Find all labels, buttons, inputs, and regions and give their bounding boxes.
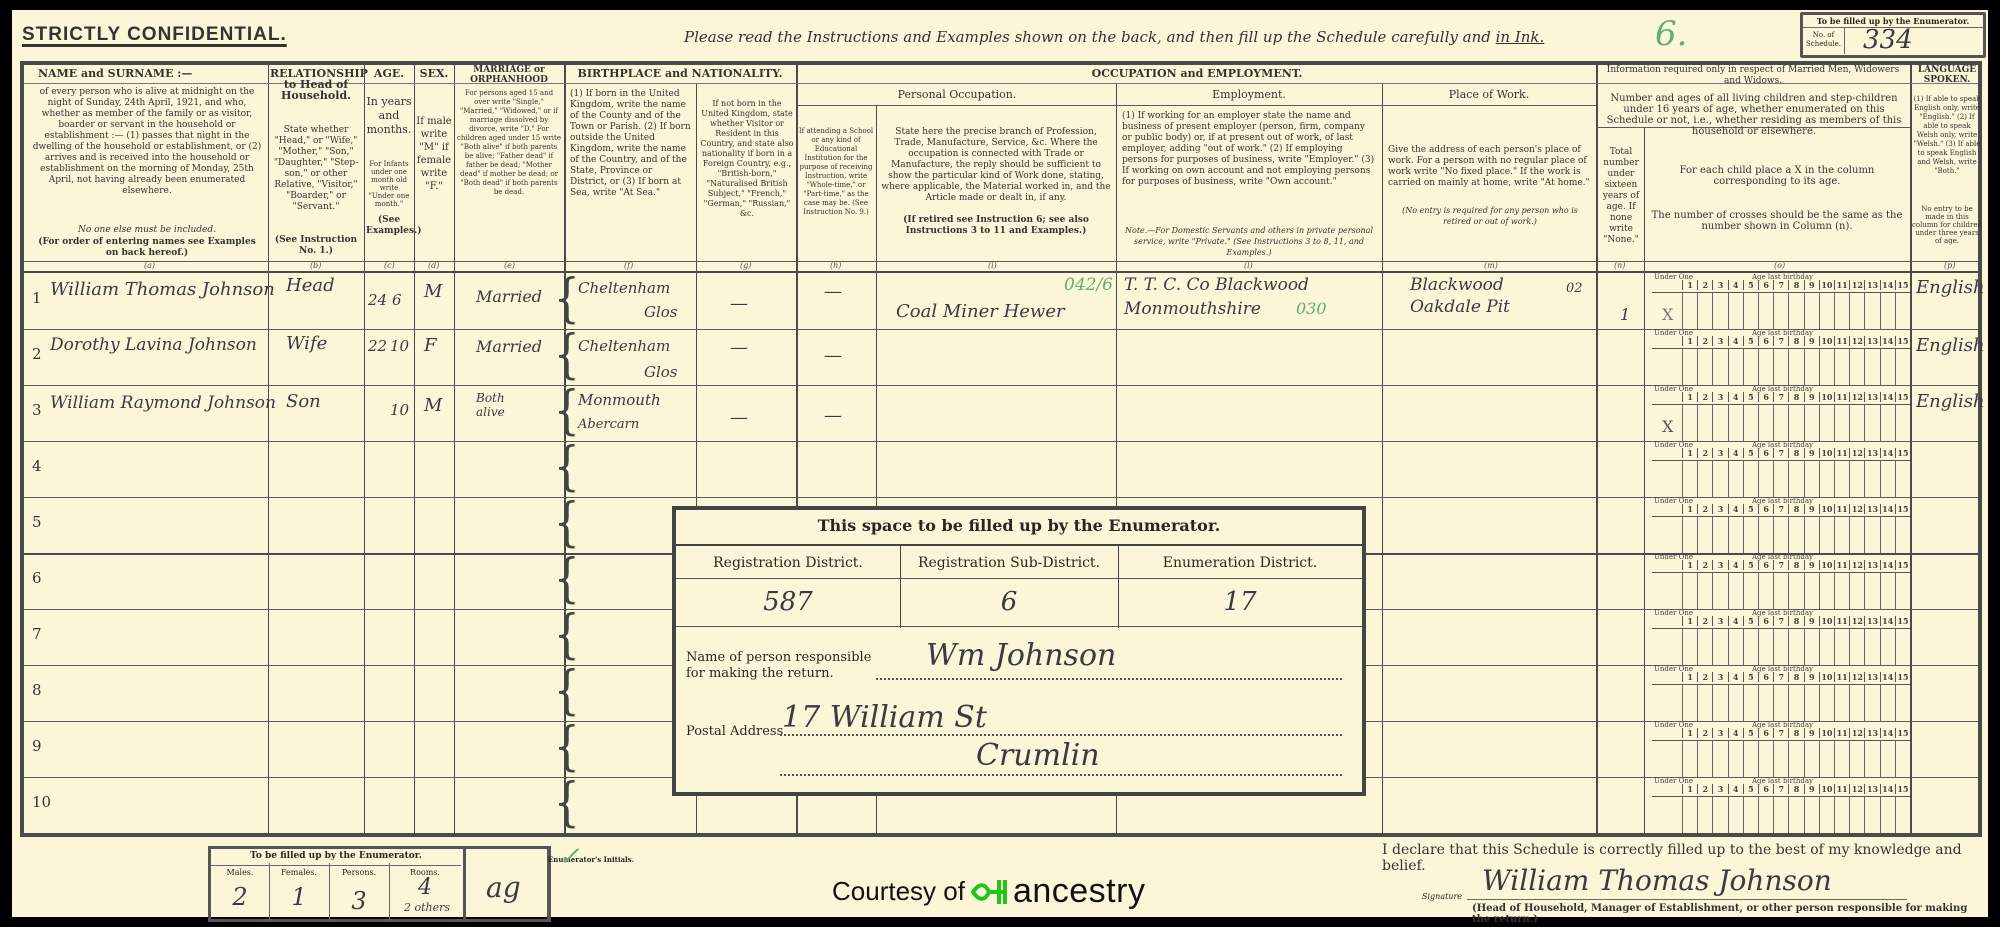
children-age-grid: Under OneAge last birthday 1234567891011… bbox=[1652, 385, 1910, 441]
col-name-body: of every person who is alive at midnight… bbox=[32, 87, 262, 197]
instructions-line: Please read the Instructions and Example… bbox=[684, 28, 1544, 46]
col-birthplace-title: BIRTHPLACE and NATIONALITY. bbox=[566, 68, 794, 79]
row-number: 3 bbox=[32, 401, 42, 419]
row3-age-months: 10 bbox=[390, 401, 409, 419]
col-marriage-title: MARRIAGE or ORPHANHOOD bbox=[456, 65, 562, 85]
col-relationship-note: (See Instruction No. 1.) bbox=[272, 235, 360, 257]
row2-age-years: 22 bbox=[368, 337, 387, 355]
signature-line bbox=[1467, 899, 1907, 900]
children-age-grid: Under OneAge last birthday 1234567891011… bbox=[1652, 329, 1910, 385]
children-age-grid: Under OneAge last birthday 1234567891011… bbox=[1652, 721, 1910, 777]
col-birthplace-body: (1) If born in the United Kingdom, write… bbox=[570, 89, 692, 199]
row1-schooling: — bbox=[824, 281, 842, 302]
col-letter-m: (m) bbox=[1484, 261, 1498, 270]
col-age-note: For Infants under one month old write "U… bbox=[366, 160, 412, 208]
row1-marriage: Married bbox=[476, 287, 542, 306]
initials-value: ag bbox=[486, 871, 521, 904]
row3-name: William Raymond Johnson bbox=[50, 393, 276, 413]
row1-occupation: Coal Miner Hewer bbox=[896, 301, 1065, 322]
col-place-of-work-body: Give the address of each person's place … bbox=[1388, 145, 1592, 189]
row-number: 9 bbox=[32, 737, 42, 755]
col-employment-title: Employment. bbox=[1118, 89, 1380, 100]
persons-label: Persons. bbox=[329, 865, 389, 880]
row3-sex: M bbox=[424, 395, 442, 416]
col-place-of-work-note: (No entry is required for any person who… bbox=[1388, 205, 1592, 227]
row2-birthplace: Cheltenham bbox=[578, 337, 670, 355]
row-number: 6 bbox=[32, 569, 42, 587]
females-label: Females. bbox=[269, 865, 329, 880]
row1-age-months: 6 bbox=[392, 291, 402, 309]
col-married-info-title: Information required only in respect of … bbox=[1598, 65, 1908, 87]
col-name-order: (For order of entering names see Example… bbox=[32, 237, 262, 259]
row3-language: English bbox=[1916, 391, 1985, 412]
col-employment-body: (1) If working for an employer state the… bbox=[1122, 111, 1376, 188]
col-children-ages-body1: For each child place a X in the column c… bbox=[1648, 165, 1906, 187]
col-letter-g: (g) bbox=[740, 261, 751, 270]
row2-schooling: — bbox=[824, 345, 842, 366]
col-married-info-sub: Number and ages of all living children a… bbox=[1602, 93, 1906, 137]
registration-district-value: 587 bbox=[676, 580, 900, 624]
signature-value: William Thomas Johnson bbox=[1482, 864, 1832, 897]
males-value: 2 bbox=[211, 883, 269, 911]
enumeration-district-label: Enumeration District. bbox=[1118, 548, 1362, 578]
row1-name: William Thomas Johnson bbox=[50, 279, 275, 300]
row-number: 10 bbox=[32, 793, 51, 811]
col-age-see: (See Examples.) bbox=[366, 215, 412, 237]
col-children-ages-body2: The number of crosses should be the same… bbox=[1648, 210, 1906, 232]
persons-value: 3 bbox=[329, 887, 389, 915]
children-age-grid: Under OneAge last birthday 1234567891011… bbox=[1652, 441, 1910, 497]
col-occupation-group-title: OCCUPATION and EMPLOYMENT. bbox=[798, 68, 1596, 79]
signature-label: Signature bbox=[1422, 892, 1462, 901]
instructions-emphasis: in Ink. bbox=[1496, 28, 1545, 46]
signature-note: (Head of Household, Manager of Establish… bbox=[1472, 903, 1988, 925]
row1-language: English bbox=[1916, 277, 1985, 298]
row1-sex: M bbox=[424, 281, 442, 302]
ancestry-brand: ancestry bbox=[1013, 872, 1146, 911]
col-name-note: No one else must be included. bbox=[32, 225, 262, 236]
enumerator-initials-box: Enumerator's Initials. ag bbox=[463, 846, 551, 922]
row-number: 7 bbox=[32, 625, 42, 643]
children-age-grid: Under OneAge last birthday 1234567891011… bbox=[1652, 609, 1910, 665]
col-sex-title: SEX. bbox=[416, 68, 452, 79]
page-mark: 6. bbox=[1655, 14, 1687, 54]
row1-total-children: 1 bbox=[1620, 305, 1630, 324]
row1-birthplace: Cheltenham bbox=[578, 279, 670, 297]
col-name-title: NAME and SURNAME :— bbox=[26, 68, 278, 79]
rooms-value: 4 bbox=[389, 875, 461, 900]
row-number: 1 bbox=[32, 289, 42, 307]
row2-birthplace-county: Glos bbox=[644, 363, 678, 381]
initials-label: Enumerator's Initials. bbox=[466, 855, 716, 864]
children-age-grid: Under OneAge last birthday 1234567891011… bbox=[1652, 497, 1910, 553]
row-number: 8 bbox=[32, 681, 42, 699]
row1-workplace-code: 02 bbox=[1566, 281, 1583, 296]
col-employment-note: Note.—For Domestic Servants and others i… bbox=[1122, 225, 1376, 258]
ancestry-watermark: Courtesy of ancestry bbox=[832, 872, 1145, 911]
row2-marriage: Married bbox=[476, 337, 542, 356]
row1-workplace: Blackwood bbox=[1410, 275, 1504, 295]
row3-nationality: — bbox=[730, 407, 748, 428]
col-sex-body: If male write "M" if female write "F." bbox=[416, 115, 452, 193]
row1-nationality: — bbox=[730, 293, 748, 314]
col-letter-d: (d) bbox=[428, 261, 439, 270]
females-value: 1 bbox=[269, 883, 329, 911]
ancestry-leaf-icon bbox=[969, 875, 1009, 909]
col-letter-b: (b) bbox=[310, 261, 321, 270]
row2-age-months: 10 bbox=[390, 337, 409, 355]
sub-district-label: Registration Sub-District. bbox=[900, 548, 1118, 578]
row3-schooling: — bbox=[824, 405, 842, 426]
instructions-text: Please read the Instructions and Example… bbox=[684, 28, 1496, 46]
row3-relationship: Son bbox=[286, 391, 321, 412]
row-number: 4 bbox=[32, 457, 42, 475]
row2-language: English bbox=[1916, 335, 1985, 356]
row-number: 2 bbox=[32, 345, 42, 363]
row3-birthplace: Monmouth bbox=[578, 391, 661, 409]
row1-employer: T. T. C. Co Blackwood bbox=[1124, 275, 1309, 295]
sub-district-value: 6 bbox=[900, 580, 1118, 624]
schedule-box-label: No. of Schedule. bbox=[1803, 28, 1845, 54]
col-age-body: In years and months. bbox=[366, 95, 412, 137]
schedule-number-box: To be filled up by the Enumerator. No. o… bbox=[1800, 12, 1986, 58]
enumeration-district-value: 17 bbox=[1118, 580, 1362, 624]
row2-relationship: Wife bbox=[286, 333, 327, 354]
children-age-grid: Under OneAge last birthday 1234567891011… bbox=[1652, 665, 1910, 721]
col-place-of-work-title: Place of Work. bbox=[1384, 89, 1594, 100]
row3-birthplace-town: Abercarn bbox=[578, 417, 639, 432]
enumerator-panel-title: This space to be filled up by the Enumer… bbox=[676, 516, 1362, 535]
strictly-confidential-heading: STRICTLY CONFIDENTIAL. bbox=[22, 24, 287, 46]
row1-workplace-pit: Oakdale Pit bbox=[1410, 297, 1510, 317]
postal-address-label: Postal Address bbox=[686, 724, 783, 740]
col-total-children-body: Total number under sixteen years of age.… bbox=[1598, 147, 1644, 246]
col-letter-l: (l) bbox=[1244, 261, 1253, 270]
enumerator-counts-box: To be filled up by the Enumerator. Males… bbox=[208, 846, 550, 922]
col-personal-occupation-body: State here the precise branch of Profess… bbox=[880, 127, 1112, 204]
col-letter-a: (a) bbox=[144, 261, 155, 270]
males-label: Males. bbox=[211, 865, 269, 880]
col-relationship-title: RELATIONSHIP to Head of Household. bbox=[270, 68, 362, 101]
col-language-body: (1) If able to speak English only, write… bbox=[1912, 95, 1982, 176]
col-schooling-body: If attending a School or any kind of Edu… bbox=[798, 127, 874, 217]
postal-address-line2: Crumlin bbox=[976, 738, 1100, 773]
col-relationship-body: State whether "Head," or "Wife," "Mother… bbox=[272, 125, 360, 213]
row-number: 5 bbox=[32, 513, 42, 531]
registration-district-label: Registration District. bbox=[676, 548, 900, 578]
col-language-note: No entry to be made in this column for c… bbox=[1912, 205, 1982, 245]
children-age-grid: Under OneAge last birthday 1234567891011… bbox=[1652, 273, 1910, 329]
col-marriage-body: For persons aged 15 and over write "Sing… bbox=[456, 89, 562, 197]
responsible-person-label: Name of person responsible for making th… bbox=[686, 650, 876, 682]
col-personal-occupation-note: (If retired see Instruction 6; see also … bbox=[880, 215, 1112, 237]
schedule-number: 334 bbox=[1863, 25, 1913, 55]
census-schedule-page: STRICTLY CONFIDENTIAL. Please read the I… bbox=[12, 10, 1988, 917]
col-nationality-body: If not born in the United Kingdom, state… bbox=[700, 99, 794, 219]
col-language-title: LANGUAGE SPOKEN. bbox=[1912, 65, 1982, 85]
col-personal-occupation-title: Personal Occupation. bbox=[798, 89, 1116, 100]
col-letter-f: (f) bbox=[624, 261, 633, 270]
children-age-grid: Under OneAge last birthday 1234567891011… bbox=[1652, 777, 1910, 833]
col-letter-i: (i) bbox=[988, 261, 997, 270]
row2-name: Dorothy Lavina Johnson bbox=[50, 335, 257, 355]
children-age-grid: Under OneAge last birthday 1234567891011… bbox=[1652, 553, 1910, 609]
col-letter-p: (p) bbox=[1944, 261, 1955, 270]
row1-employer-code: 030 bbox=[1296, 299, 1327, 318]
col-letter-o: (o) bbox=[1774, 261, 1785, 270]
col-letter-c: (c) bbox=[384, 261, 395, 270]
col-letter-h: (h) bbox=[830, 261, 841, 270]
row1-occupation-code: 042/6 bbox=[1064, 275, 1113, 295]
check-mark: ✓ bbox=[558, 842, 580, 872]
courtesy-prefix: Courtesy of bbox=[832, 876, 965, 907]
row3-marriage: Both alive bbox=[476, 391, 536, 419]
postal-address-line1: 17 William St bbox=[782, 700, 987, 735]
row2-sex: F bbox=[424, 335, 437, 356]
col-letter-n: (n) bbox=[1614, 261, 1625, 270]
col-letter-e: (e) bbox=[504, 261, 515, 270]
row1-birthplace-county: Glos bbox=[644, 303, 678, 321]
row1-relationship: Head bbox=[286, 275, 335, 296]
row1-age-years: 24 bbox=[368, 291, 387, 309]
rooms-note: 2 others bbox=[391, 901, 463, 914]
row1-employer-county: Monmouthshire bbox=[1124, 299, 1261, 319]
responsible-person-value: Wm Johnson bbox=[926, 638, 1116, 673]
row2-nationality: — bbox=[730, 337, 748, 358]
col-age-title: AGE. bbox=[366, 68, 412, 79]
counts-title: To be filled up by the Enumerator. bbox=[211, 851, 461, 861]
enumerator-panel: This space to be filled up by the Enumer… bbox=[672, 506, 1366, 796]
